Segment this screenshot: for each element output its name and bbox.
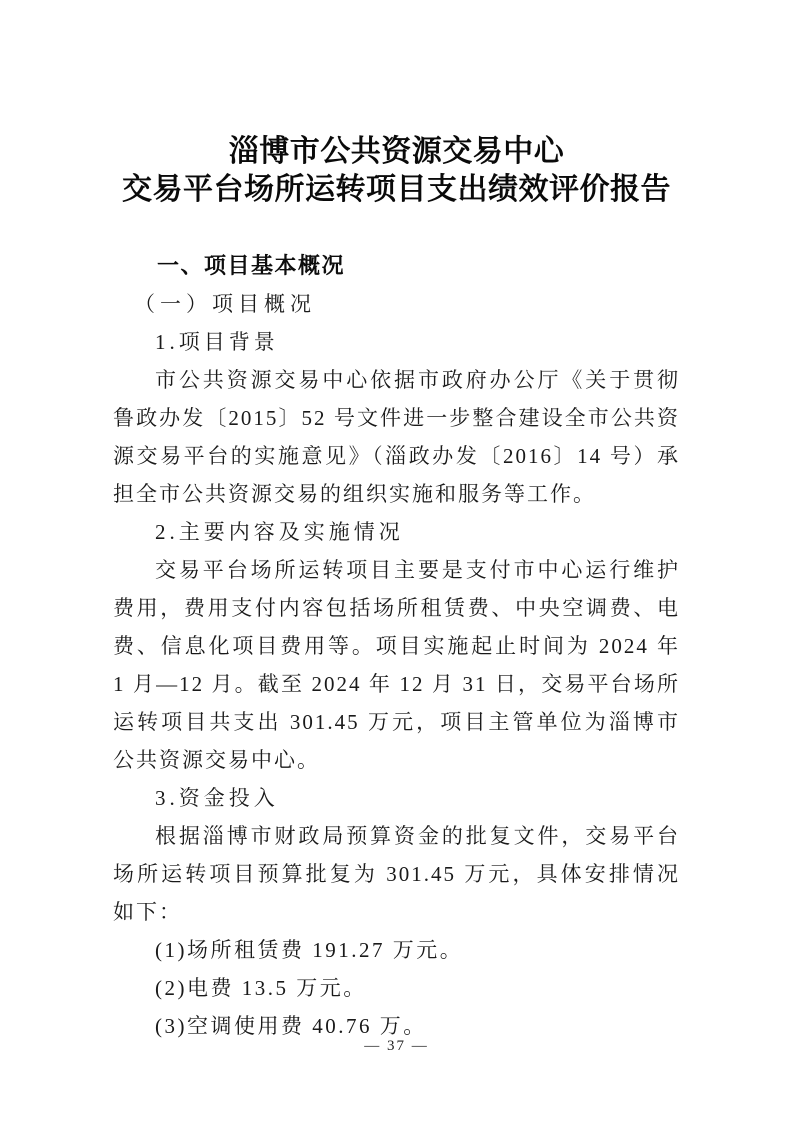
subheading-project-background: 1.项目背景 <box>113 323 680 361</box>
subheading-main-content: 2.主要内容及实施情况 <box>113 513 680 551</box>
section-heading-project-overview: 一、项目基本概况 <box>113 247 680 285</box>
paragraph-funding-input: 根据淄博市财政局预算资金的批复文件，交易平台场所运转项目预算批复为 301.45… <box>113 817 680 931</box>
document-content: 淄博市公共资源交易中心 交易平台场所运转项目支出绩效评价报告 一、项目基本概况 … <box>113 0 680 1045</box>
paragraph-main-content: 交易平台场所运转项目主要是支付市中心运行维护费用，费用支付内容包括场所租赁费、中… <box>113 551 680 779</box>
funding-item-electricity: (2)电费 13.5 万元。 <box>113 969 680 1007</box>
page-number: — 37 — <box>0 1038 793 1055</box>
document-title-line-2: 交易平台场所运转项目支出绩效评价报告 <box>113 171 680 209</box>
funding-item-rent: (1)场所租赁费 191.27 万元。 <box>113 931 680 969</box>
subsection-heading-project-profile: （一）项目概况 <box>113 285 680 323</box>
document-page: 淄博市公共资源交易中心 交易平台场所运转项目支出绩效评价报告 一、项目基本概况 … <box>0 0 793 1122</box>
subheading-funding-input: 3.资金投入 <box>113 779 680 817</box>
document-title-line-1: 淄博市公共资源交易中心 <box>113 133 680 171</box>
paragraph-project-background: 市公共资源交易中心依据市政府办公厅《关于贯彻鲁政办发〔2015〕52 号文件进一… <box>113 361 680 513</box>
